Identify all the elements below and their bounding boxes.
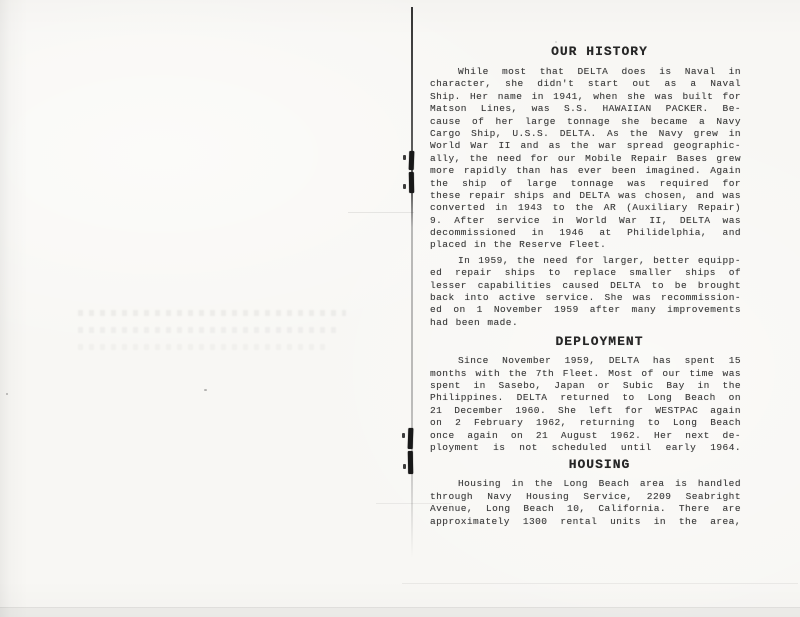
paragraph: In 1959, the need for larger, better equ… [430, 255, 741, 329]
bottom-page-edge-shadow [0, 607, 800, 617]
dust-speck [204, 389, 207, 391]
text-line: ed repair ships to replace smaller ships… [430, 267, 741, 279]
staple-bottom [408, 428, 414, 449]
text-line: decommissioned in 1946 at Philidelphia, … [430, 227, 741, 239]
section-heading-our-history: OUR HISTORY [458, 44, 741, 59]
center-fold-line [411, 7, 413, 558]
paragraph: While most that DELTA does is Naval inch… [430, 66, 741, 252]
text-line: Since November 1959, DELTA has spent 15 [430, 355, 741, 367]
text-line: Avenue, Long Beach 10, California. There… [430, 503, 741, 515]
crease-line [402, 583, 798, 584]
staple-top [409, 172, 414, 193]
text-line: In 1959, the need for larger, better equ… [430, 255, 741, 267]
text-line: ployment is not scheduled until early 19… [430, 442, 741, 454]
staple-top [409, 151, 415, 170]
text-line: Housing in the Long Beach area is handle… [430, 478, 741, 490]
text-line: spent in Sasebo, Japan or Subic Bay in t… [430, 380, 741, 392]
text-line: approximately 1300 rental units in the a… [430, 516, 741, 528]
staple-prong [403, 184, 406, 189]
text-line: Philippines. DELTA returned to Long Beac… [430, 392, 741, 404]
text-line: cause of her large tonnage she became a … [430, 116, 741, 128]
bleed-through-marks [78, 310, 346, 316]
right-page-text-column: OUR HISTORY While most that DELTA does i… [430, 44, 741, 531]
text-line: lesser capabilities caused DELTA to be b… [430, 280, 741, 292]
text-line: ally, the need for our Mobile Repair Bas… [430, 153, 741, 165]
paragraph: Since November 1959, DELTA has spent 15m… [430, 355, 741, 454]
text-line: converted in 1943 to the AR (Auxiliary R… [430, 202, 741, 214]
text-line: on 2 February 1962, returning to Long Be… [430, 417, 741, 429]
text-line: 21 December 1960. She left for WESTPAC a… [430, 405, 741, 417]
text-line: months with the 7th Fleet. Most of our t… [430, 368, 741, 380]
text-line: the ship of large tonnage was required f… [430, 178, 741, 190]
text-line: more rapidly than has ever been imagined… [430, 165, 741, 177]
text-line: While most that DELTA does is Naval in [430, 66, 741, 78]
staple-prong [403, 155, 406, 160]
scanned-booklet-spread: OUR HISTORY While most that DELTA does i… [0, 0, 800, 617]
text-line: had been made. [430, 317, 741, 329]
text-line: Matson Lines, was S.S. HAWAIIAN PACKER. … [430, 103, 741, 115]
text-line: ed on 1 November 1959 after many improve… [430, 304, 741, 316]
staple-bottom [408, 451, 413, 474]
paragraph: Housing in the Long Beach area is handle… [430, 478, 741, 528]
dust-speck [6, 393, 8, 395]
text-line: once again on 21 August 1962. Her next d… [430, 430, 741, 442]
left-page-edge-shadow [0, 0, 28, 617]
text-line: through Navy Housing Service, 2209 Seabr… [430, 491, 741, 503]
staple-prong [402, 433, 405, 438]
section-heading-deployment: DEPLOYMENT [458, 334, 741, 349]
text-line: placed in the Reserve Fleet. [430, 239, 741, 251]
bleed-through-marks [78, 344, 328, 350]
text-line: character, she didn't start out as a Nav… [430, 78, 741, 90]
crease-line [348, 212, 414, 213]
dust-speck [555, 41, 557, 43]
text-line: back into active service. She was recomm… [430, 292, 741, 304]
text-line: Ship. Her name in 1941, when she was bui… [430, 91, 741, 103]
bleed-through-marks [78, 327, 338, 333]
staple-prong [403, 464, 406, 469]
text-line: World War II and as the war spread geogr… [430, 140, 741, 152]
text-line: 9. After service in World War II, DELTA … [430, 215, 741, 227]
text-line: Cargo Ship, U.S.S. DELTA. As the Navy gr… [430, 128, 741, 140]
section-heading-housing: HOUSING [458, 457, 741, 472]
text-line: these repair ships and DELTA was chosen,… [430, 190, 741, 202]
